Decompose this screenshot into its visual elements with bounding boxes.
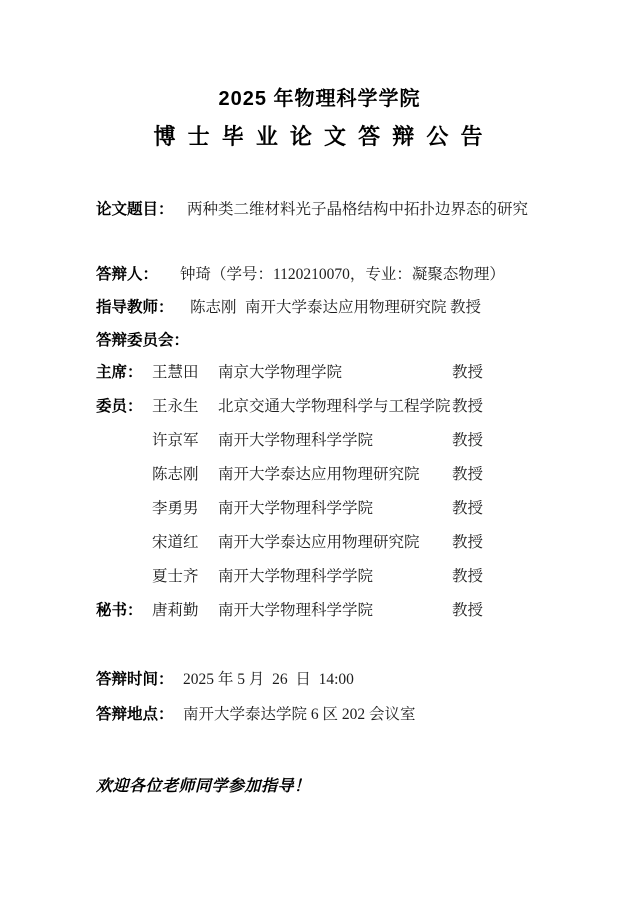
advisor-affiliation: 南开大学泰达应用物理研究院 — [245, 298, 447, 318]
committee-row-member: 李勇男 南开大学物理科学学院 教授 — [96, 499, 619, 521]
committee-row-member: 宋道红 南开大学泰达应用物理研究院 教授 — [96, 533, 619, 555]
committee-member-name: 王永生 — [152, 397, 199, 417]
committee-member-name: 王慧田 — [152, 363, 199, 383]
candidate-label: 答辩人： — [96, 265, 158, 285]
committee-member-affiliation: 南京大学物理学院 — [218, 363, 342, 383]
committee-row-member: 许京军 南开大学物理科学学院 教授 — [96, 431, 619, 453]
committee-member-affiliation: 南开大学物理科学学院 — [218, 601, 373, 621]
committee-member-name: 许京军 — [152, 431, 199, 451]
committee-member-title: 教授 — [452, 363, 483, 383]
committee-row-member: 委员： 王永生 北京交通大学物理科学与工程学院 教授 — [96, 397, 619, 419]
committee-member-affiliation: 南开大学物理科学学院 — [218, 567, 373, 587]
committee-member-name: 李勇男 — [152, 499, 199, 519]
committee-member-name: 宋道红 — [152, 533, 199, 553]
committee-member-affiliation: 南开大学泰达应用物理研究院 — [218, 533, 420, 553]
candidate-row: 答辩人： 钟琦（学号：1120210070，专业：凝聚态物理） — [96, 265, 619, 287]
welcome-message: 欢迎各位老师同学参加指导！ — [96, 773, 311, 796]
committee-member-title: 教授 — [452, 533, 483, 553]
committee-member-title: 教授 — [452, 601, 483, 621]
defense-place-value: 南开大学泰达学院 6 区 202 会议室 — [183, 705, 416, 725]
committee-row-chair: 主席： 王慧田 南京大学物理学院 教授 — [96, 363, 619, 385]
committee-member-affiliation: 南开大学泰达应用物理研究院 — [218, 465, 420, 485]
advisor-label: 指导教师： — [96, 298, 174, 318]
committee-role-label: 委员： — [96, 397, 143, 417]
defense-place-row: 答辩地点： 南开大学泰达学院 6 区 202 会议室 — [96, 705, 619, 727]
defense-time-label: 答辩时间： — [96, 670, 174, 690]
committee-member-name: 夏士齐 — [152, 567, 199, 587]
committee-member-name: 唐莉勤 — [152, 601, 199, 621]
committee-role-label: 秘书： — [96, 601, 143, 621]
committee-member-affiliation: 南开大学物理科学学院 — [218, 431, 373, 451]
committee-member-title: 教授 — [452, 499, 483, 519]
thesis-title-label: 论文题目： — [96, 200, 174, 220]
committee-row-member: 夏士齐 南开大学物理科学学院 教授 — [96, 567, 619, 589]
committee-member-affiliation: 南开大学物理科学学院 — [218, 499, 373, 519]
advisor-title: 教授 — [450, 298, 481, 318]
committee-row-member: 陈志刚 南开大学泰达应用物理研究院 教授 — [96, 465, 619, 487]
defense-time-row: 答辩时间： 2025 年 5 月 26 日 14:00 — [96, 670, 619, 692]
page-title: 2025 年物理科学学院 博 士 毕 业 论 文 答 辩 公 告 — [0, 82, 639, 151]
committee-member-affiliation: 北京交通大学物理科学与工程学院 — [218, 397, 451, 417]
defense-place-label: 答辩地点： — [96, 705, 174, 725]
advisor-row: 指导教师： 陈志刚 南开大学泰达应用物理研究院 教授 — [96, 298, 619, 320]
committee-heading: 答辩委员会： — [96, 331, 189, 351]
committee-member-title: 教授 — [452, 431, 483, 451]
committee-member-title: 教授 — [452, 397, 483, 417]
committee-member-title: 教授 — [452, 567, 483, 587]
title-main-line: 博 士 毕 业 论 文 答 辩 公 告 — [0, 120, 639, 151]
candidate-value: 钟琦（学号：1120210070，专业：凝聚态物理） — [180, 265, 505, 285]
committee-member-title: 教授 — [452, 465, 483, 485]
thesis-title-value: 两种类二维材料光子晶格结构中拓扑边界态的研究 — [187, 200, 528, 220]
thesis-title-row: 论文题目： 两种类二维材料光子晶格结构中拓扑边界态的研究 — [96, 200, 619, 222]
committee-member-name: 陈志刚 — [152, 465, 199, 485]
defense-time-value: 2025 年 5 月 26 日 14:00 — [183, 670, 354, 690]
committee-row-secretary: 秘书： 唐莉勤 南开大学物理科学学院 教授 — [96, 601, 619, 623]
title-year-line: 2025 年物理科学学院 — [0, 82, 639, 111]
committee-heading-row: 答辩委员会： — [96, 331, 619, 353]
advisor-name: 陈志刚 — [190, 298, 237, 318]
committee-role-label: 主席： — [96, 363, 143, 383]
announcement-page: 2025 年物理科学学院 博 士 毕 业 论 文 答 辩 公 告 论文题目： 两… — [0, 0, 639, 903]
